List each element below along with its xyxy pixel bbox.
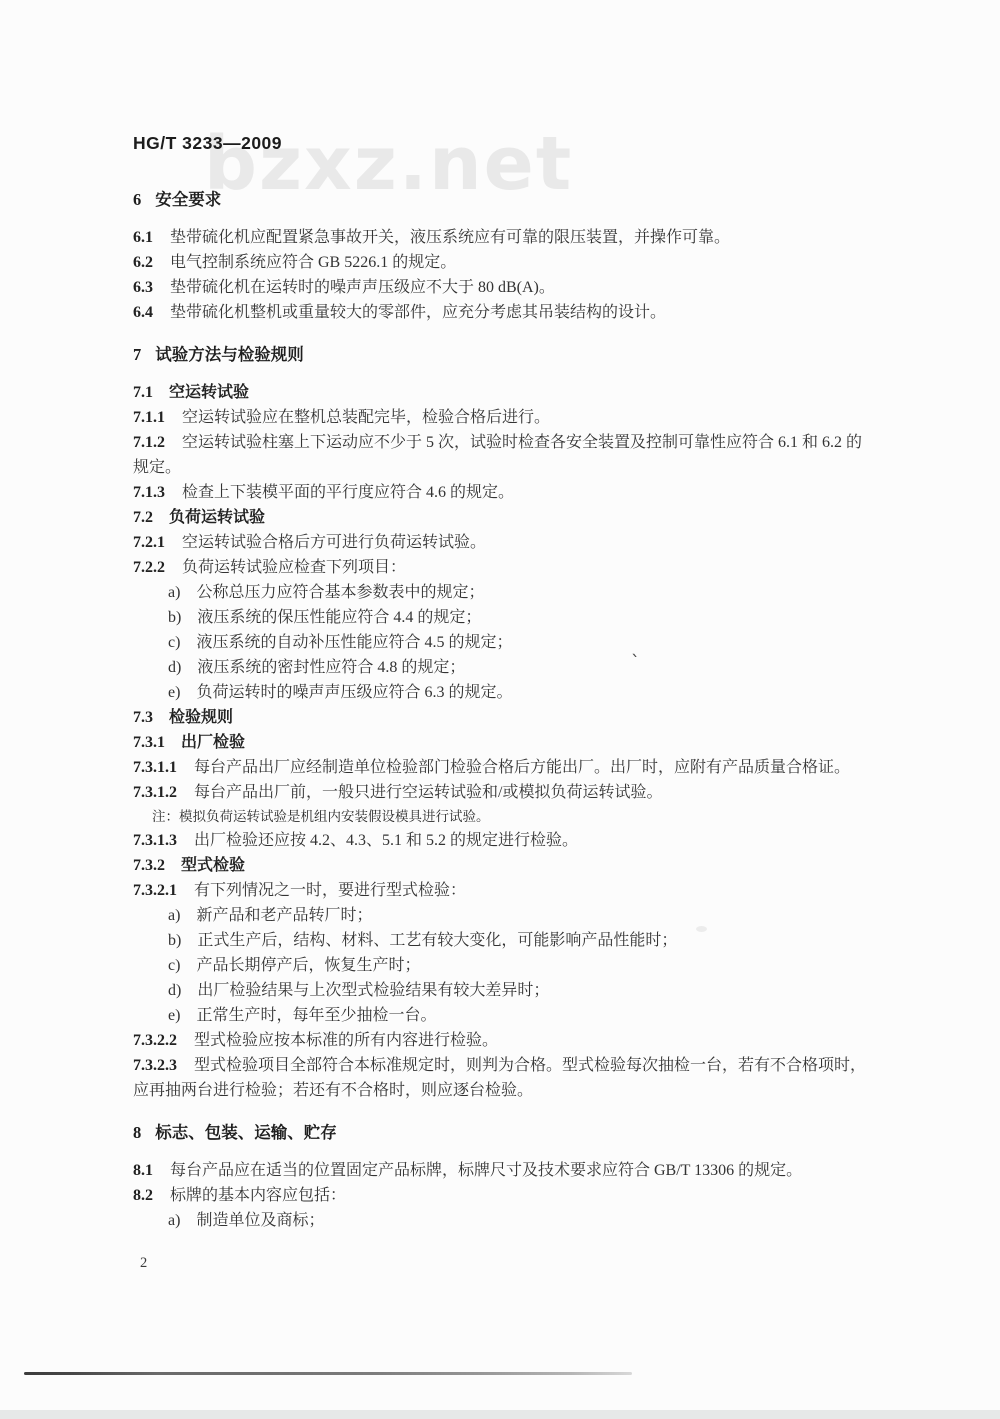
clause-number: 7.3.1.2 (133, 784, 177, 801)
clause-7-3-2-1: 7.3.2.1有下列情况之一时，要进行型式检验： (133, 878, 877, 903)
page-number: 2 (140, 1255, 147, 1272)
clause-7-2-1: 7.2.1空运转试验合格后方可进行负荷运转试验。 (133, 530, 877, 555)
clause-title: 空运转试验 (169, 384, 249, 401)
standard-code-header: HG/T 3233—2009 (133, 132, 877, 154)
clause-title: 检验规则 (169, 709, 233, 726)
clause-8-1: 8.1每台产品应在适当的位置固定产品标牌，标牌尺寸及技术要求应符合 GB/T 1… (133, 1158, 877, 1183)
clause-number: 6.3 (133, 279, 153, 296)
clause-number: 8.1 (133, 1162, 153, 1179)
clause-7-1-1: 7.1.1空运转试验应在整机总装配完毕，检验合格后进行。 (133, 405, 877, 430)
list-text: 液压系统的保压性能应符合 4.4 的规定； (197, 609, 481, 626)
clause-text: 空运转试验柱塞上下运动应不少于 5 次，试验时检查各安全装置及控制可靠性应符合 … (133, 434, 862, 476)
clause-text: 型式检验应按本标准的所有内容进行检验。 (194, 1032, 498, 1049)
list-item-c: c)产品长期停产后，恢复生产时； (133, 953, 877, 978)
list-text: 液压系统的自动补压性能应符合 4.5 的规定； (196, 634, 512, 651)
list-marker: d) (168, 659, 181, 676)
clause-number: 7.1 (133, 384, 153, 401)
section-heading-6: 6安全要求 (133, 188, 877, 212)
list-marker: a) (168, 907, 180, 924)
clause-number: 7.3.2.2 (133, 1032, 177, 1049)
clause-number: 8 (133, 1123, 141, 1142)
list-marker: e) (168, 1007, 180, 1024)
clause-7-3-2-2: 7.3.2.2型式检验应按本标准的所有内容进行检验。 (133, 1028, 877, 1053)
scan-bottom-strip (0, 1410, 1000, 1419)
clause-text: 标牌的基本内容应包括： (170, 1187, 346, 1204)
section-heading-8: 8标志、包装、运输、贮存 (133, 1121, 877, 1145)
clause-title: 试验方法与检验规则 (155, 345, 304, 364)
clause-text: 出厂检验还应按 4.2、4.3、5.1 和 5.2 的规定进行检验。 (194, 832, 578, 849)
list-text: 制造单位及商标； (196, 1212, 324, 1229)
clause-7-1-3: 7.1.3检查上下装模平面的平行度应符合 4.6 的规定。 (133, 480, 877, 505)
clause-number: 7.2.1 (133, 534, 165, 551)
list-marker: d) (168, 982, 181, 999)
list-text: 正常生产时，每年至少抽检一台。 (196, 1007, 436, 1024)
subsection-heading-7-3-2: 7.3.2型式检验 (133, 853, 877, 878)
clause-number: 8.2 (133, 1187, 153, 1204)
clause-6-3: 6.3垫带硫化机在运转时的噪声声压级应不大于 80 dB(A)。 (133, 275, 877, 300)
clause-text: 空运转试验应在整机总装配完毕，检验合格后进行。 (182, 409, 550, 426)
clause-7-3-1-2: 7.3.1.2每台产品出厂前，一般只进行空运转试验和/或模拟负荷运转试验。 (133, 780, 877, 805)
clause-note: 注：模拟负荷运转试验是机组内安装假设模具进行试验。 (133, 805, 877, 828)
clause-number: 7.1.1 (133, 409, 165, 426)
clause-6-2: 6.2电气控制系统应符合 GB 5226.1 的规定。 (133, 250, 877, 275)
clause-number: 6 (133, 190, 141, 209)
clause-number: 7.3.2 (133, 857, 165, 874)
clause-6-4: 6.4垫带硫化机整机或重量较大的零部件，应充分考虑其吊装结构的设计。 (133, 300, 877, 325)
clause-number: 7 (133, 345, 141, 364)
list-item-c: c)液压系统的自动补压性能应符合 4.5 的规定； (133, 630, 877, 655)
clause-text: 垫带硫化机在运转时的噪声声压级应不大于 80 dB(A)。 (170, 279, 555, 296)
list-text: 正式生产后，结构、材料、工艺有较大变化，可能影响产品性能时； (197, 932, 677, 949)
list-marker: a) (168, 584, 180, 601)
list-marker: b) (168, 932, 181, 949)
list-item-a: a)公称总压力应符合基本参数表中的规定； (133, 580, 877, 605)
clause-text: 垫带硫化机整机或重量较大的零部件，应充分考虑其吊装结构的设计。 (170, 304, 666, 321)
list-marker: c) (168, 957, 180, 974)
list-text: 负荷运转时的噪声声压级应符合 6.3 的规定。 (196, 684, 512, 701)
subsection-heading-7-2: 7.2负荷运转试验 (133, 505, 877, 530)
clause-title: 型式检验 (181, 857, 245, 874)
list-text: 液压系统的密封性应符合 4.8 的规定； (197, 659, 465, 676)
list-marker: a) (168, 1212, 180, 1229)
list-text: 新产品和老产品转厂时； (196, 907, 372, 924)
list-marker: e) (168, 684, 180, 701)
subsection-heading-7-1: 7.1空运转试验 (133, 380, 877, 405)
clause-text: 型式检验项目全部符合本标准规定时，则判为合格。型式检验每次抽检一台，若有不合格项… (133, 1057, 866, 1099)
clause-title: 标志、包装、运输、贮存 (155, 1123, 337, 1142)
clause-number: 7.2.2 (133, 559, 165, 576)
clause-number: 6.1 (133, 229, 153, 246)
clause-text: 每台产品出厂应经制造单位检验部门检验合格后方能出厂。出厂时，应附有产品质量合格证… (194, 759, 850, 776)
clause-text: 电气控制系统应符合 GB 5226.1 的规定。 (170, 254, 456, 271)
clause-number: 6.4 (133, 304, 153, 321)
section-heading-7: 7试验方法与检验规则 (133, 343, 877, 367)
clause-number: 7.3.1.1 (133, 759, 177, 776)
clause-number: 7.3.1.3 (133, 832, 177, 849)
clause-7-3-1-3: 7.3.1.3出厂检验还应按 4.2、4.3、5.1 和 5.2 的规定进行检验… (133, 828, 877, 853)
clause-text: 检查上下装模平面的平行度应符合 4.6 的规定。 (182, 484, 514, 501)
clause-title: 负荷运转试验 (169, 509, 265, 526)
list-item-e: e)负荷运转时的噪声声压级应符合 6.3 的规定。 (133, 680, 877, 705)
subsection-heading-7-3: 7.3检验规则 (133, 705, 877, 730)
list-marker: c) (168, 634, 180, 651)
clause-text: 每台产品应在适当的位置固定产品标牌，标牌尺寸及技术要求应符合 GB/T 1330… (170, 1162, 802, 1179)
clause-7-1-2: 7.1.2空运转试验柱塞上下运动应不少于 5 次，试验时检查各安全装置及控制可靠… (133, 430, 877, 480)
clause-number: 7.3.2.1 (133, 882, 177, 899)
clause-title: 出厂检验 (181, 734, 245, 751)
clause-7-3-1-1: 7.3.1.1每台产品出厂应经制造单位检验部门检验合格后方能出厂。出厂时，应附有… (133, 755, 877, 780)
list-item-d: d)液压系统的密封性应符合 4.8 的规定； (133, 655, 877, 680)
clause-number: 7.2 (133, 509, 153, 526)
list-item-a: a)制造单位及商标； (133, 1208, 877, 1233)
list-text: 产品长期停产后，恢复生产时； (196, 957, 420, 974)
clause-text: 有下列情况之一时，要进行型式检验： (194, 882, 466, 899)
clause-number: 7.3 (133, 709, 153, 726)
clause-number: 7.3.1 (133, 734, 165, 751)
clause-6-1: 6.1垫带硫化机应配置紧急事故开关，液压系统应有可靠的限压装置，并操作可靠。 (133, 225, 877, 250)
clause-title: 安全要求 (155, 190, 221, 209)
clause-7-2-2: 7.2.2负荷运转试验应检查下列项目： (133, 555, 877, 580)
scan-line-artifact (24, 1372, 632, 1375)
clause-number: 7.1.2 (133, 434, 165, 451)
scanned-standard-page: bzxz.net HG/T 3233—2009 6安全要求 6.1垫带硫化机应配… (0, 0, 1000, 1419)
scan-stray-mark: ` (630, 652, 641, 673)
list-item-e: e)正常生产时，每年至少抽检一台。 (133, 1003, 877, 1028)
list-item-b: b)液压系统的保压性能应符合 4.4 的规定； (133, 605, 877, 630)
page-content: HG/T 3233—2009 6安全要求 6.1垫带硫化机应配置紧急事故开关，液… (133, 132, 877, 1233)
list-item-d: d)出厂检验结果与上次型式检验结果有较大差异时； (133, 978, 877, 1003)
clause-text: 空运转试验合格后方可进行负荷运转试验。 (182, 534, 486, 551)
clause-number: 7.3.2.3 (133, 1057, 177, 1074)
clause-number: 6.2 (133, 254, 153, 271)
clause-text: 每台产品出厂前，一般只进行空运转试验和/或模拟负荷运转试验。 (194, 784, 662, 801)
clause-number: 7.1.3 (133, 484, 165, 501)
list-item-b: b)正式生产后，结构、材料、工艺有较大变化，可能影响产品性能时； (133, 928, 877, 953)
clause-8-2: 8.2标牌的基本内容应包括： (133, 1183, 877, 1208)
list-text: 出厂检验结果与上次型式检验结果有较大差异时； (197, 982, 549, 999)
clause-text: 垫带硫化机应配置紧急事故开关，液压系统应有可靠的限压装置，并操作可靠。 (170, 229, 730, 246)
clause-7-3-2-3: 7.3.2.3型式检验项目全部符合本标准规定时，则判为合格。型式检验每次抽检一台… (133, 1053, 877, 1103)
clause-text: 负荷运转试验应检查下列项目： (182, 559, 406, 576)
list-marker: b) (168, 609, 181, 626)
subsection-heading-7-3-1: 7.3.1出厂检验 (133, 730, 877, 755)
list-text: 公称总压力应符合基本参数表中的规定； (196, 584, 484, 601)
list-item-a: a)新产品和老产品转厂时； (133, 903, 877, 928)
